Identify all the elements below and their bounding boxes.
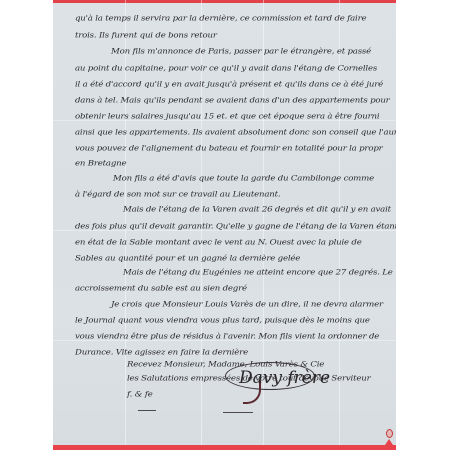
text-line: il a été d'accord qu'il y en avait jusqu… xyxy=(75,80,383,89)
text-line: Sables au quantité pour et un gagné la d… xyxy=(75,254,300,263)
text-line: à l'égard de son mot sur ce travail au L… xyxy=(75,190,280,199)
text-line: Je crois que Monsieur Louis Varès de un … xyxy=(111,300,383,309)
text-line: qu'à la temps il servira par la dernière… xyxy=(75,14,366,23)
red-border-top xyxy=(53,0,396,3)
ink-mark xyxy=(138,410,156,411)
letter-page: qu'à la temps il servira par la dernière… xyxy=(53,0,396,450)
ink-mark xyxy=(223,412,253,413)
signature: Davy frère xyxy=(239,368,330,388)
text-line: Mais de l'étang du Eugénies ne atteint e… xyxy=(123,268,393,277)
text-line: des fois plus qu'il devait garantir. Qu'… xyxy=(75,222,396,231)
text-line: trois. Ils furent qui de bons retour xyxy=(75,31,217,40)
text-line: vous pouvez de l'alignement du bateau et… xyxy=(75,144,383,153)
text-line: dans à tel. Mais qu'ils pendant se avaie… xyxy=(75,96,390,105)
closing-line: f. & fe xyxy=(127,390,153,399)
red-border-bottom xyxy=(53,445,396,450)
text-line: le Journal quant vous viendra vous plus … xyxy=(75,316,370,325)
text-line: Mais de l'étang de la Varen avait 26 deg… xyxy=(123,205,391,214)
text-line: accroissement du sable est au sien degré xyxy=(75,284,247,293)
text-line: en Bretagne xyxy=(75,159,126,168)
text-line: au point du capitaine, pour voir ce qu'i… xyxy=(75,64,377,73)
text-line: vous viendra être plus de résidus à l'av… xyxy=(75,332,379,341)
text-line: ainsi que les appartements. Ils avaient … xyxy=(75,128,396,137)
red-seal-mark xyxy=(386,429,393,438)
text-line: Durance. Vite agissez en faire la derniè… xyxy=(75,348,248,357)
text-line: Mon fils m'annonce de Paris, passer par … xyxy=(111,47,371,56)
text-line: Mon fils a été d'avis que toute la garde… xyxy=(113,174,374,183)
text-line: obtenir leurs salaires jusqu'au 15 et. e… xyxy=(75,112,379,121)
text-line: en état de la Sable montant avec le vent… xyxy=(75,238,362,247)
